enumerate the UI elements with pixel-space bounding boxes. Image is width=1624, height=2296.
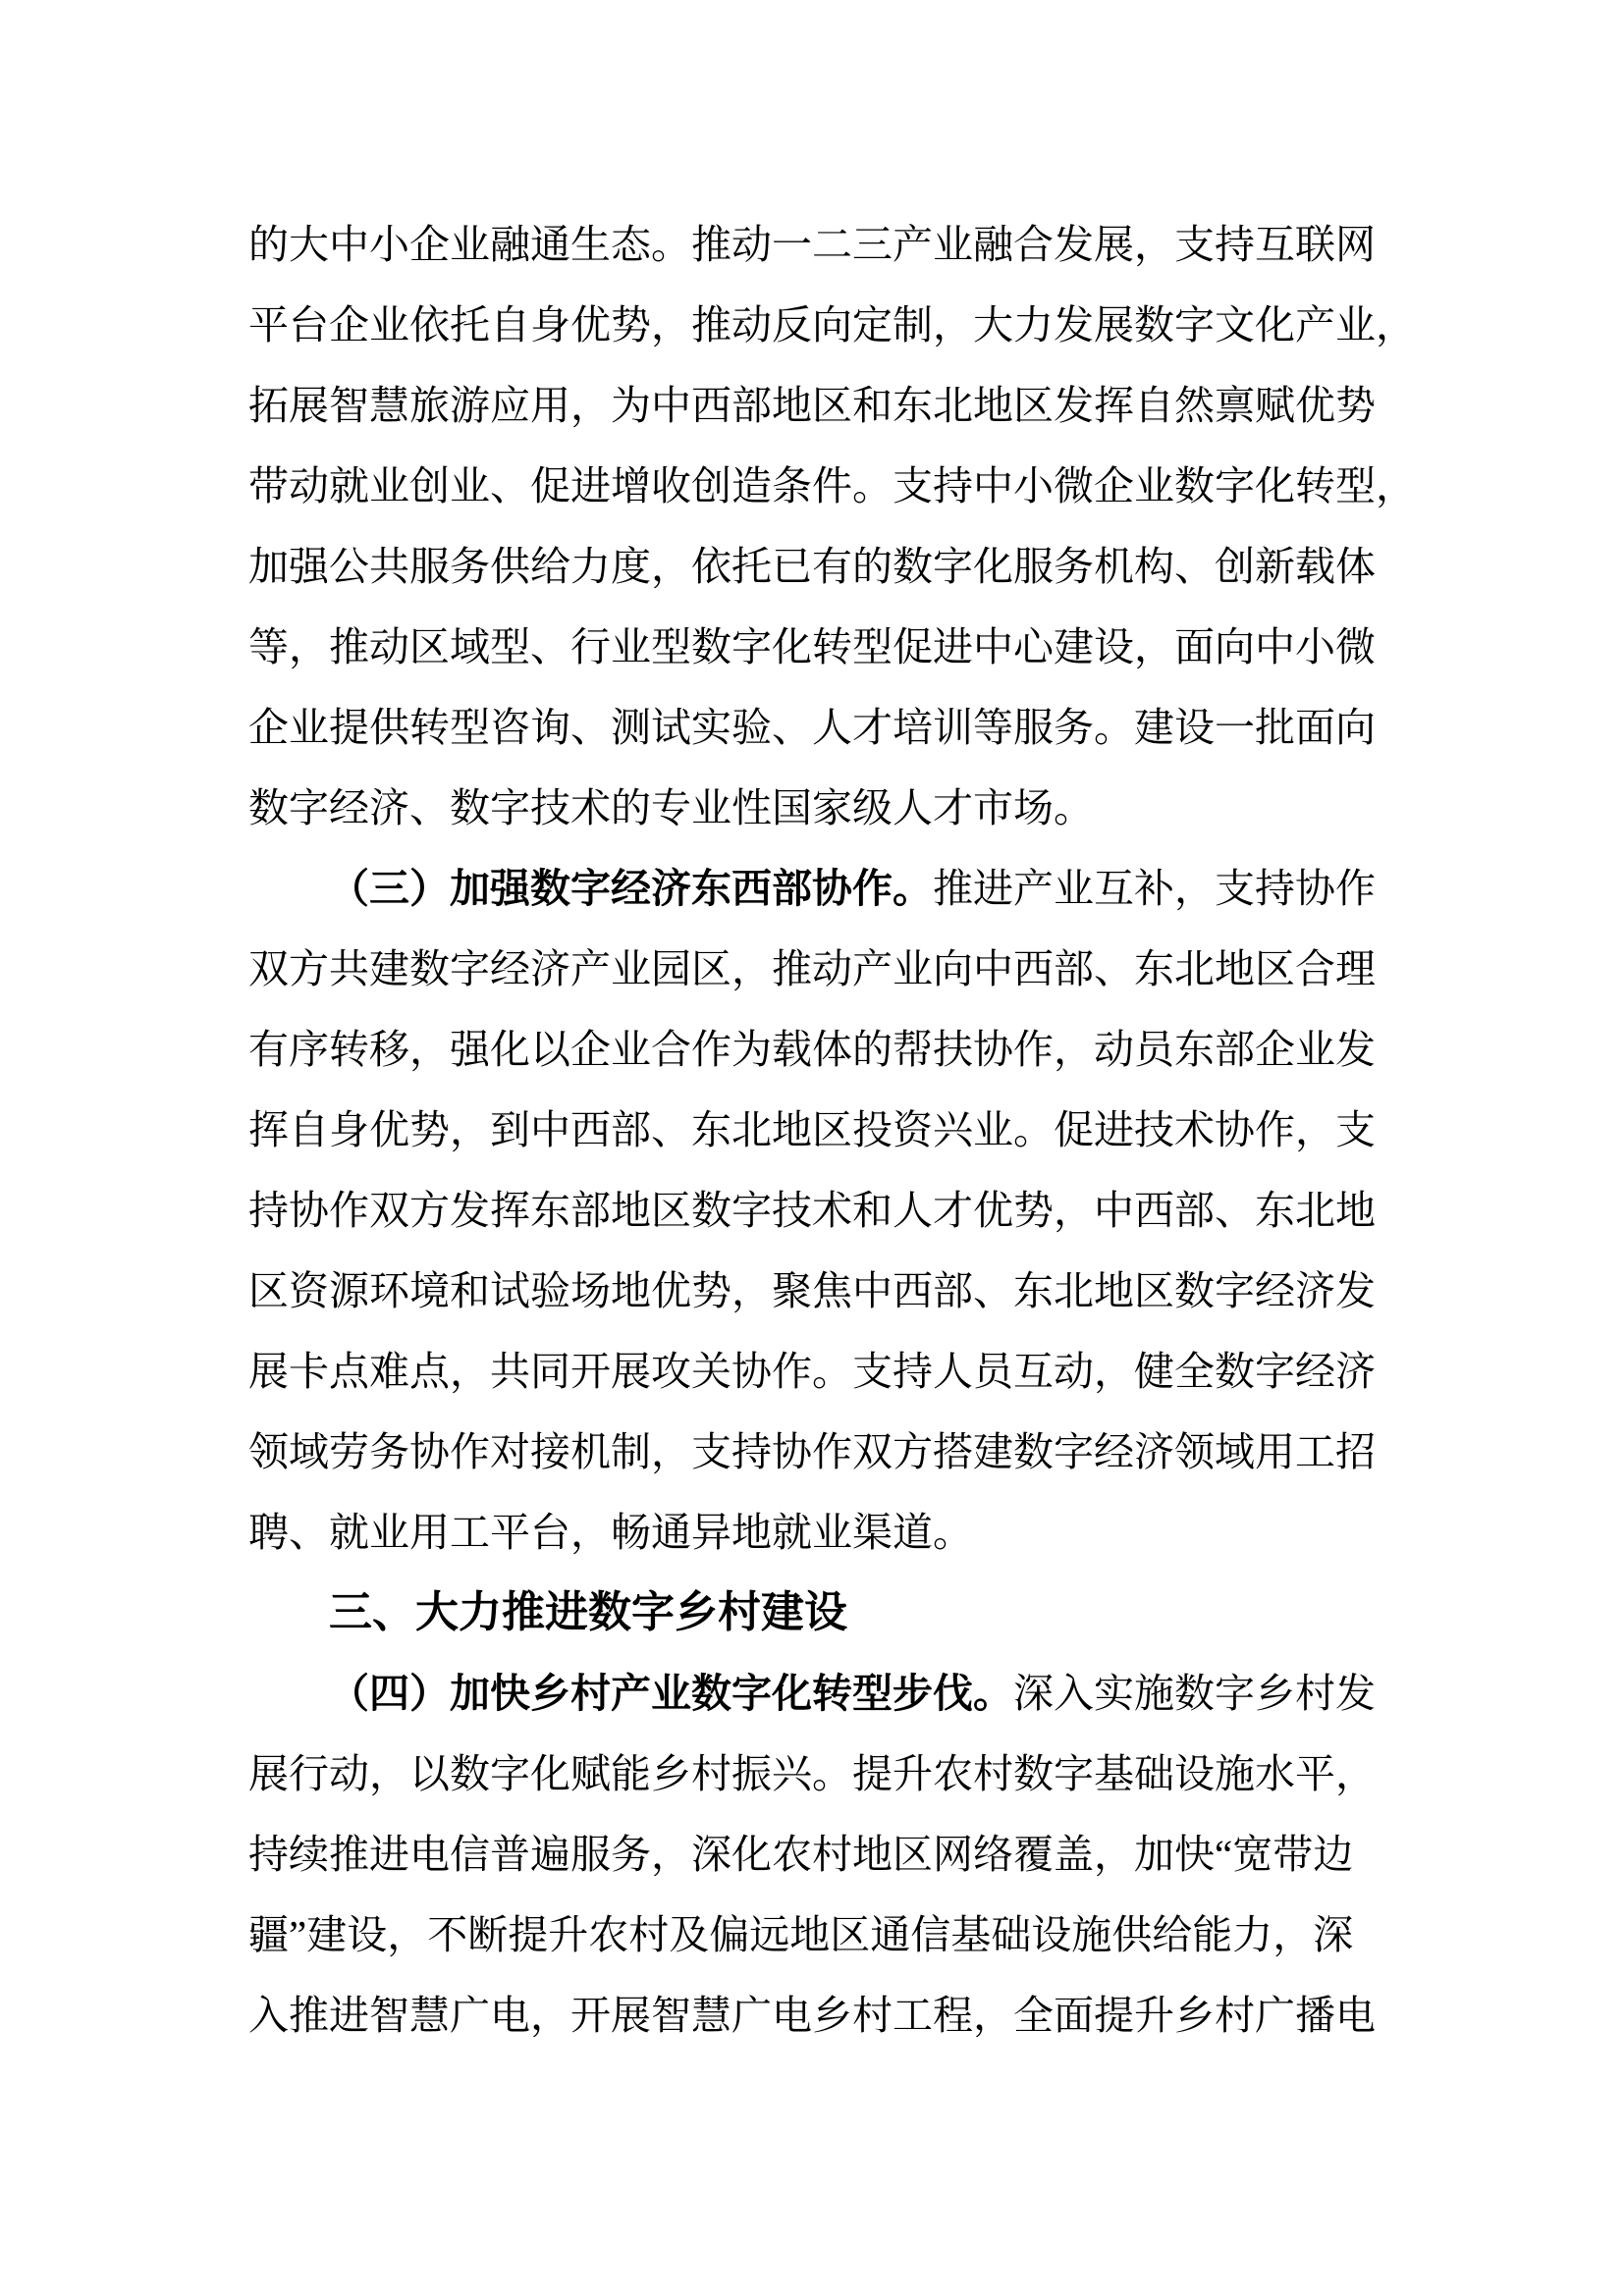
body-line: 展行动，以数字化赋能乡村振兴。提升农村数字基础设施水平， <box>248 1734 1376 1814</box>
body-line: 挥自身优势，到中西部、东北地区投资兴业。促进技术协作，支 <box>248 1090 1376 1170</box>
body-line: 加强公共服务供给力度，依托已有的数字化服务机构、创新载体 <box>248 526 1376 607</box>
body-line: 带动就业创业、促进增收创造条件。支持中小微企业数字化转型， <box>248 446 1376 526</box>
line-text: 带动就业创业、促进增收创造条件。支持中小微企业数字化转型， <box>248 463 1416 508</box>
line-text: 深入实施数字乡村发 <box>1013 1671 1376 1716</box>
clause-start-line: （四）加快乡村产业数字化转型步伐。深入实施数字乡村发 <box>248 1653 1376 1734</box>
line-text: 拓展智慧旅游应用，为中西部地区和东北地区发挥自然禀赋优势 <box>248 383 1376 428</box>
line-text: 领域劳务协作对接机制，支持协作双方搭建数字经济领域用工招 <box>248 1429 1376 1474</box>
line-text: 挥自身优势，到中西部、东北地区投资兴业。促进技术协作，支 <box>248 1107 1376 1152</box>
line-text: 持续推进电信普遍服务，深化农村地区网络覆盖，加快“宽带边 <box>248 1832 1353 1877</box>
section-heading: 三、大力推进数字乡村建设 <box>329 1588 847 1636</box>
body-line: 疆”建设，不断提升农村及偏远地区通信基础设施供给能力，深 <box>248 1895 1376 1975</box>
body-line: 平台企业依托自身优势，推动反向定制，大力发展数字文化产业， <box>248 285 1376 365</box>
body-line: 企业提供转型咨询、测试实验、人才培训等服务。建设一批面向 <box>248 687 1376 768</box>
line-text: 双方共建数字经济产业园区，推动产业向中西部、东北地区合理 <box>248 946 1376 991</box>
line-text: 数字经济、数字技术的专业性国家级人才市场。 <box>248 785 1094 830</box>
body-line: 持续推进电信普遍服务，深化农村地区网络覆盖，加快“宽带边 <box>248 1814 1376 1895</box>
body-line: 等，推动区域型、行业型数字化转型促进中心建设，面向中小微 <box>248 607 1376 687</box>
body-line: 展卡点难点，共同开展攻关协作。支持人员互动，健全数字经济 <box>248 1331 1376 1412</box>
body-line: 双方共建数字经济产业园区，推动产业向中西部、东北地区合理 <box>248 929 1376 1009</box>
line-text: 加强公共服务供给力度，依托已有的数字化服务机构、创新载体 <box>248 544 1376 589</box>
line-text: 等，推动区域型、行业型数字化转型促进中心建设，面向中小微 <box>248 624 1376 669</box>
line-text: 平台企业依托自身优势，推动反向定制，大力发展数字文化产业， <box>248 302 1416 347</box>
section-heading-line: 三、大力推进数字乡村建设 <box>248 1573 1376 1653</box>
line-text: 聘、就业用工平台，畅通异地就业渠道。 <box>248 1510 973 1555</box>
clause-heading: （三）加强数字经济东西部协作。 <box>329 866 933 911</box>
body-line: 有序转移，强化以企业合作为载体的帮扶协作，动员东部企业发 <box>248 1009 1376 1090</box>
line-text: 持协作双方发挥东部地区数字技术和人才优势，中西部、东北地 <box>248 1188 1376 1233</box>
line-text: 疆”建设，不断提升农村及偏远地区通信基础设施供给能力，深 <box>248 1912 1353 1957</box>
body-line: 的大中小企业融通生态。推动一二三产业融合发展，支持互联网 <box>248 204 1376 285</box>
line-text: 展卡点难点，共同开展攻关协作。支持人员互动，健全数字经济 <box>248 1349 1376 1394</box>
line-text: 有序转移，强化以企业合作为载体的帮扶协作，动员东部企业发 <box>248 1027 1376 1072</box>
body-line: 数字经济、数字技术的专业性国家级人才市场。 <box>248 768 1376 848</box>
line-text: 入推进智慧广电，开展智慧广电乡村工程，全面提升乡村广播电 <box>248 1993 1376 2038</box>
line-text: 企业提供转型咨询、测试实验、人才培训等服务。建设一批面向 <box>248 705 1376 750</box>
document-page: 的大中小企业融通生态。推动一二三产业融合发展，支持互联网 平台企业依托自身优势，… <box>0 0 1624 2296</box>
clause-heading: （四）加快乡村产业数字化转型步伐。 <box>329 1671 1013 1716</box>
body-line: 拓展智慧旅游应用，为中西部地区和东北地区发挥自然禀赋优势 <box>248 365 1376 446</box>
body-line: 入推进智慧广电，开展智慧广电乡村工程，全面提升乡村广播电 <box>248 1975 1376 2056</box>
document-text-block: 的大中小企业融通生态。推动一二三产业融合发展，支持互联网 平台企业依托自身优势，… <box>248 204 1376 2056</box>
line-text: 推进产业互补，支持协作 <box>933 866 1376 911</box>
line-text: 区资源环境和试验场地优势，聚焦中西部、东北地区数字经济发 <box>248 1268 1376 1313</box>
body-line: 持协作双方发挥东部地区数字技术和人才优势，中西部、东北地 <box>248 1170 1376 1251</box>
body-line: 区资源环境和试验场地优势，聚焦中西部、东北地区数字经济发 <box>248 1251 1376 1331</box>
body-line: 领域劳务协作对接机制，支持协作双方搭建数字经济领域用工招 <box>248 1412 1376 1492</box>
line-text: 的大中小企业融通生态。推动一二三产业融合发展，支持互联网 <box>248 222 1376 267</box>
body-line: 聘、就业用工平台，畅通异地就业渠道。 <box>248 1492 1376 1573</box>
clause-start-line: （三）加强数字经济东西部协作。推进产业互补，支持协作 <box>248 848 1376 929</box>
line-text: 展行动，以数字化赋能乡村振兴。提升农村数字基础设施水平， <box>248 1751 1376 1796</box>
